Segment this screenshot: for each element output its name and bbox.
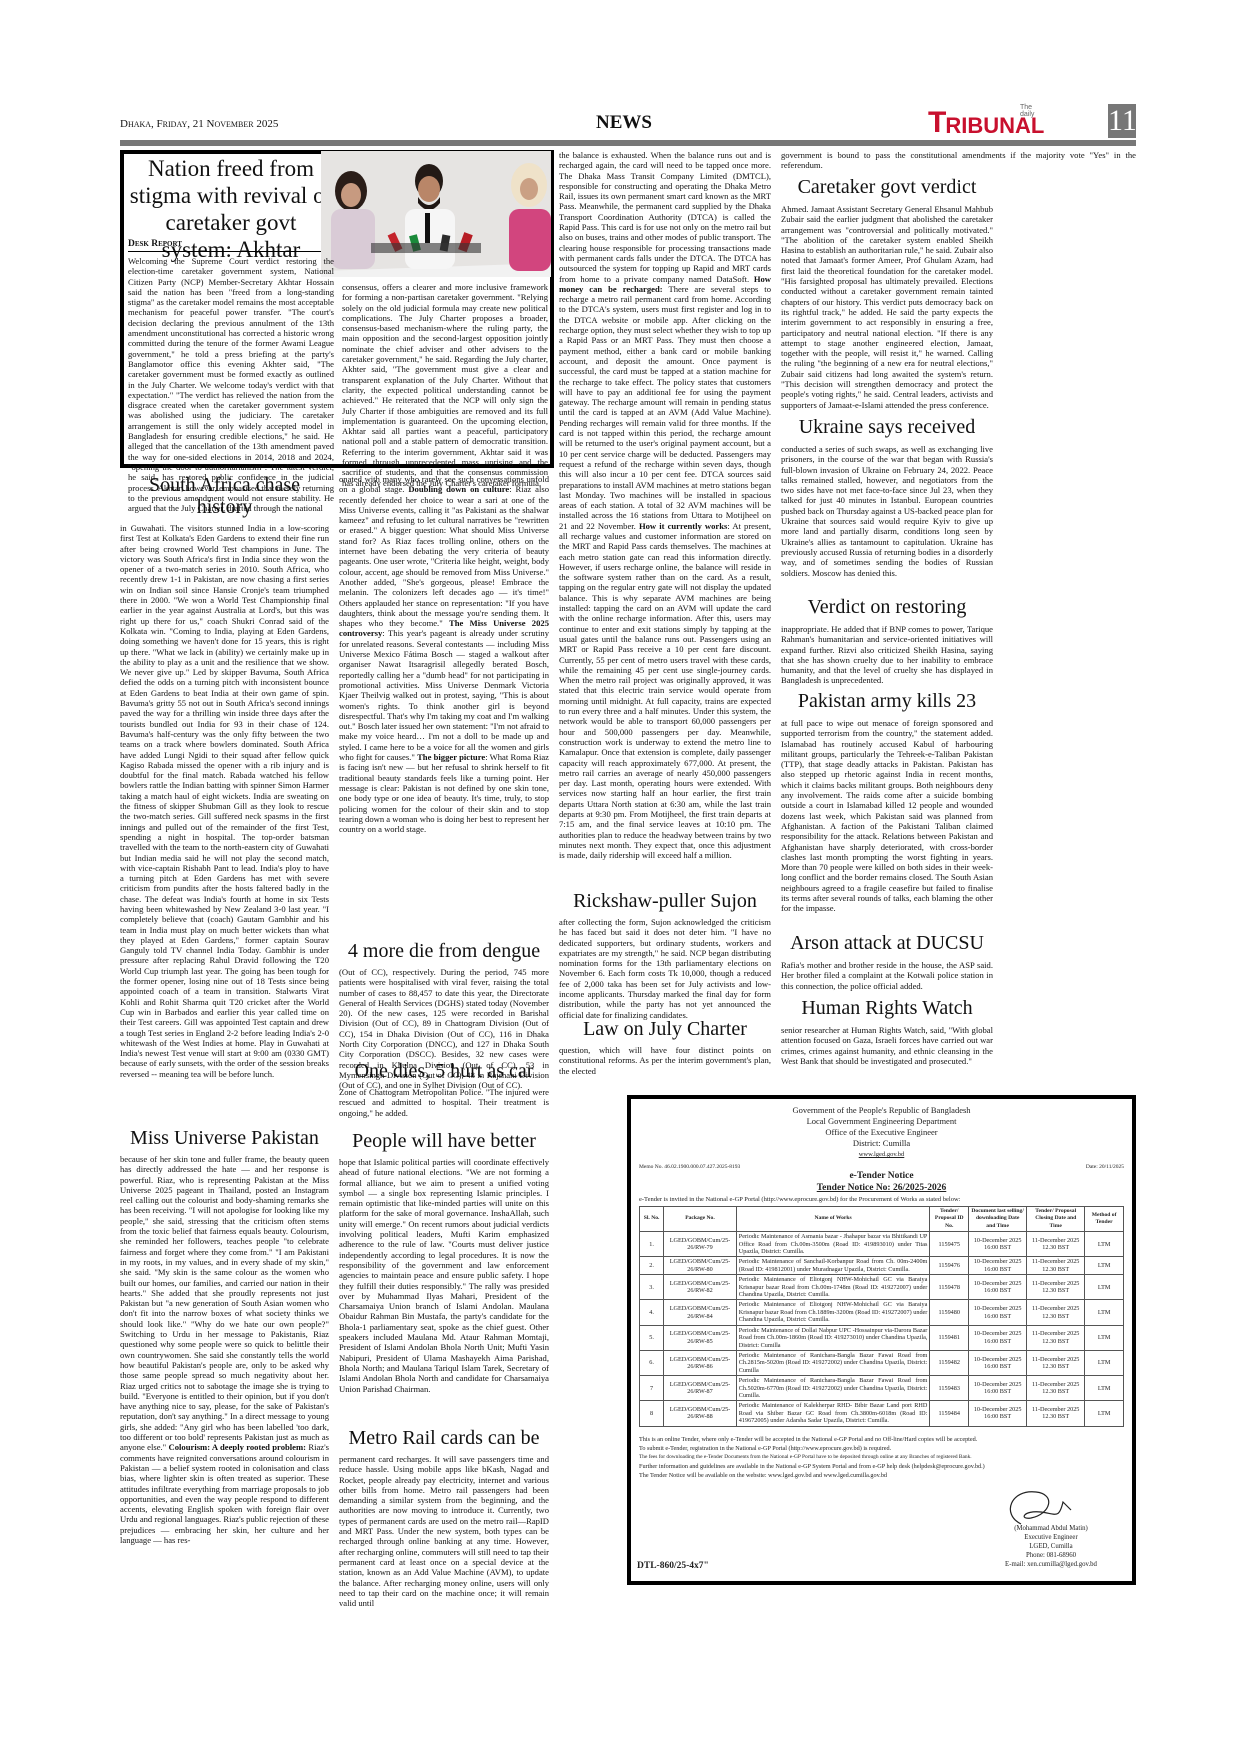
cell: Periodic Maintenance of Ranichara-Bangla… <box>736 1376 930 1401</box>
body-part: : At present, all recharge values and cu… <box>559 521 771 861</box>
office-name: Office of the Executive Engineer <box>639 1127 1124 1138</box>
story-ukraine: Ukraine says received conducted a series… <box>781 416 993 578</box>
cell: 11-December 2025 12.30 BST <box>1027 1401 1085 1426</box>
tender-notice-no: Tender Notice No: 26/2025-2026 <box>639 1182 1124 1194</box>
cell: 11-December 2025 12.30 BST <box>1027 1232 1085 1257</box>
table-row: 6.LGED/GOBM/Cum/25-26/RW-86Periodic Main… <box>640 1350 1124 1375</box>
cell: 1159483 <box>930 1376 969 1401</box>
headline: Rickshaw-puller Sujon <box>559 890 771 912</box>
memo-number: Memo No. 46.02.1900.000.07.427.2025-8193 <box>639 1164 740 1170</box>
logo-initial: T <box>928 108 945 138</box>
cell: 1159478 <box>930 1275 969 1300</box>
headline: One dies, 5 hurt as car <box>339 1060 549 1082</box>
cell: 11-December 2025 12.30 BST <box>1027 1275 1085 1300</box>
notice-date: Date: 20/11/2025 <box>1086 1164 1124 1170</box>
cell: 1159480 <box>930 1300 969 1325</box>
headline: Pakistan army kills 23 <box>781 690 993 712</box>
story-body: conducted a series of such swaps, as wel… <box>781 444 993 578</box>
col3-metro-rail: the balance is exhausted. When the balan… <box>559 150 771 860</box>
story-metro-cards: Metro Rail cards can be permanent card r… <box>339 1427 549 1608</box>
page-number: 11 <box>1108 104 1136 138</box>
cell: 1. <box>640 1232 664 1257</box>
signatory-org: LGED, Cumilla <box>971 1542 1131 1551</box>
dept-name: Local Government Engineering Department <box>639 1116 1124 1127</box>
tender-note: Further information and guidelines are a… <box>639 1462 1124 1471</box>
story-body: at full pace to wipe out menace of forei… <box>781 718 993 914</box>
cell: Periodic Maintenance of Ranichara-Bangla… <box>736 1350 930 1375</box>
story-miss-universe: Miss Universe Pakistan because of her sk… <box>120 1127 329 1545</box>
byline: Desk Report <box>128 239 334 252</box>
table-row: 3.LGED/GOBM/Cum/25-26/RW-82Periodic Main… <box>640 1275 1124 1300</box>
district: District: Cumilla <box>639 1138 1124 1149</box>
column-header: Tender/ Proposal ID No. <box>930 1207 969 1232</box>
story-pakistan-army: Pakistan army kills 23 at full pace to w… <box>781 690 993 914</box>
logo-tagline: The daily <box>1020 104 1044 118</box>
headline: People will have better <box>339 1130 549 1152</box>
intro-text: government is bound to pass the constitu… <box>781 150 1136 171</box>
lead-story-col2: consensus, offers a clearer and more inc… <box>342 282 548 488</box>
body-part: There are several steps to recharge a me… <box>559 284 771 531</box>
story-body: inappropriate. He added that if BNP come… <box>781 624 993 686</box>
subhead: The bigger picture <box>417 752 485 762</box>
table-row: 5.LGED/GOBM/Cum/25-26/RW-85Periodic Main… <box>640 1325 1124 1350</box>
cell: LTM <box>1085 1401 1124 1426</box>
headline: Ukraine says received <box>781 416 993 438</box>
cell: LGED/GOBM/Cum/25-26/RW-82 <box>664 1275 737 1300</box>
body-part: the balance is exhausted. When the balan… <box>559 150 771 284</box>
cell: 1159482 <box>930 1350 969 1375</box>
subhead: Doubling down on culture <box>408 484 509 494</box>
cell: 7 <box>640 1376 664 1401</box>
headline: Miss Universe Pakistan <box>120 1127 329 1149</box>
gov-name: Government of the People's Republic of B… <box>639 1105 1124 1116</box>
headline: Arson attack at DUCSU <box>781 932 993 954</box>
cell: 10-December 2025 16:00 BST <box>969 1300 1027 1325</box>
table-row: 7LGED/GOBM/Cum/25-26/RW-87Periodic Maint… <box>640 1376 1124 1401</box>
table-row: 4.LGED/GOBM/Cum/25-26/RW-84Periodic Main… <box>640 1300 1124 1325</box>
tender-invite: e-Tender is invited in the National e-GP… <box>639 1196 1124 1203</box>
cell: LGED/GOBM/Cum/25-26/RW-80 <box>664 1257 737 1275</box>
column-header: Document last selling/ downloading Date … <box>969 1207 1027 1232</box>
cell: 2. <box>640 1257 664 1275</box>
table-row: 8LGED/GOBM/Cum/25-26/RW-88Periodic Maint… <box>640 1401 1124 1426</box>
cell: LGED/GOBM/Cum/25-26/RW-79 <box>664 1232 737 1257</box>
story-continued: onated with many who rarely see such con… <box>339 474 549 834</box>
cell: LTM <box>1085 1232 1124 1257</box>
body-part: Riaz's comments have reignited conversat… <box>120 1442 329 1545</box>
story-people-better: People will have better hope that Islami… <box>339 1130 549 1394</box>
body-part: : Riaz also recently defended her choice… <box>339 484 549 628</box>
story-body: Zone of Chattogram Metropolitan Police. … <box>339 1087 549 1118</box>
cell: 8 <box>640 1401 664 1426</box>
tender-notice-ad: Government of the People's Republic of B… <box>627 1095 1136 1585</box>
headline: 4 more die from dengue <box>339 940 549 962</box>
cell: 1159484 <box>930 1401 969 1426</box>
headline: Caretaker govt verdict <box>781 176 993 198</box>
cell: LTM <box>1085 1275 1124 1300</box>
cell: Periodic Maintenance of Kalekherpar RHD-… <box>736 1401 930 1426</box>
dateline: Dhaka, Friday, 21 November 2025 <box>120 118 278 130</box>
cell: 11-December 2025 12.30 BST <box>1027 1350 1085 1375</box>
column-header: Tender/ Proposal Closing Date and Time <box>1027 1207 1085 1232</box>
headline: Metro Rail cards can be <box>339 1427 549 1449</box>
tender-note: To submit e-Tender, registration in the … <box>639 1444 1124 1453</box>
signatory-title: Executive Engineer <box>971 1533 1131 1542</box>
cell: 11-December 2025 12.30 BST <box>1027 1376 1085 1401</box>
press-briefing-photo <box>321 151 551 277</box>
cell: 1159481 <box>930 1325 969 1350</box>
story-body: Ahmed. Jamaat Assistant Secretary Genera… <box>781 204 993 410</box>
section-title: NEWS <box>596 112 652 134</box>
story-body: after collecting the form, Sujon acknowl… <box>559 917 771 1020</box>
body-part: : This year's pageant is already under s… <box>339 628 549 762</box>
tender-note: The Tender Notice will be available on t… <box>639 1471 1124 1480</box>
cell: 5. <box>640 1325 664 1350</box>
story-body: Rafia's mother and brother reside in the… <box>781 960 993 991</box>
headline: Verdict on restoring <box>781 596 993 618</box>
story-car-accident: One dies, 5 hurt as car Zone of Chattogr… <box>339 1060 549 1118</box>
tender-title: e-Tender Notice <box>639 1170 1124 1182</box>
cell: Periodic Maintenance of Eliotgonj NHW-Mo… <box>736 1300 930 1325</box>
story-caretaker-verdict: Caretaker govt verdict Ahmed. Jamaat Ass… <box>781 170 993 410</box>
body-part: because of her skin tone and fuller fram… <box>120 1154 329 1452</box>
cell: 11-December 2025 12.30 BST <box>1027 1325 1085 1350</box>
cell: LTM <box>1085 1257 1124 1275</box>
cell: 1159476 <box>930 1257 969 1275</box>
cell: LGED/GOBM/Cum/25-26/RW-85 <box>664 1325 737 1350</box>
cell: 11-December 2025 12.30 BST <box>1027 1300 1085 1325</box>
signatory-phone: Phone: 081-68960 <box>971 1551 1131 1560</box>
story-south-africa: South Africa chase history in Guwahati. … <box>120 474 329 1079</box>
story-body: because of her skin tone and fuller fram… <box>120 1154 329 1545</box>
cell: LGED/GOBM/Cum/25-26/RW-84 <box>664 1300 737 1325</box>
story-body: hope that Islamic political parties will… <box>339 1157 549 1394</box>
story-arson-ducsu: Arson attack at DUCSU Rafia's mother and… <box>781 932 993 991</box>
column-header: Sl. No. <box>640 1207 664 1232</box>
headline: Law on July Charter <box>559 1018 771 1040</box>
body-part: : What Roma Riaz is facing isn't new — b… <box>339 752 549 834</box>
subhead: Colourism: A deeply rooted problem: <box>169 1442 306 1452</box>
website-link[interactable]: www.lged.gov.bd <box>859 1151 905 1158</box>
headline: South Africa chase history <box>120 474 329 518</box>
cell: 3. <box>640 1275 664 1300</box>
column-header: Package No. <box>664 1207 737 1232</box>
cell: 10-December 2025 16:00 BST <box>969 1325 1027 1350</box>
tender-note: The fees for downloading the e-Tender Do… <box>639 1453 1124 1462</box>
cell: LGED/GOBM/Cum/25-26/RW-86 <box>664 1350 737 1375</box>
cell: Periodic Maintenance of Asmania bazar - … <box>736 1232 930 1257</box>
column-header: Name of Works <box>736 1207 930 1232</box>
tender-table: Sl. No. Package No. Name of Works Tender… <box>639 1206 1124 1427</box>
col2: onated with many who rarely see such con… <box>339 474 549 834</box>
subhead: How it currently works <box>639 521 727 531</box>
col4: government is bound to pass the constitu… <box>781 150 1136 171</box>
story-body: permanent card recharges. It will save p… <box>339 1454 549 1608</box>
cell: LTM <box>1085 1350 1124 1375</box>
cell: Periodic Maintenance of Eliotgonj NHW-Mo… <box>736 1275 930 1300</box>
story-body: in Guwahati. The visitors stunned India … <box>120 523 329 1079</box>
cell: 10-December 2025 16:00 BST <box>969 1232 1027 1257</box>
photo-illustration-icon <box>321 151 551 277</box>
cell: 10-December 2025 16:00 BST <box>969 1350 1027 1375</box>
story-sujon: Rickshaw-puller Sujon after collecting t… <box>559 890 771 1020</box>
ad-code: DTL-860/25-4x7" <box>637 1561 709 1571</box>
story-body: senior researcher at Human Rights Watch,… <box>781 1025 993 1066</box>
story-july-charter: Law on July Charter question, which will… <box>559 1018 771 1076</box>
cell: 10-December 2025 16:00 BST <box>969 1401 1027 1426</box>
story-body: the balance is exhausted. When the balan… <box>559 150 771 860</box>
header-rule <box>120 140 1136 146</box>
story-human-rights-watch: Human Rights Watch senior researcher at … <box>781 997 993 1066</box>
table-header-row: Sl. No. Package No. Name of Works Tender… <box>640 1207 1124 1232</box>
tender-note: This is an online Tender, where only e-T… <box>639 1435 1124 1444</box>
signatory-email: E-mail: xen.cumilla@lged.gov.bd <box>971 1560 1131 1569</box>
cell: LTM <box>1085 1300 1124 1325</box>
cell: 11-December 2025 12.30 BST <box>1027 1257 1085 1275</box>
cell: 6. <box>640 1350 664 1375</box>
cell: 10-December 2025 16:00 BST <box>969 1376 1027 1401</box>
cell: LGED/GOBM/Cum/25-26/RW-88 <box>664 1401 737 1426</box>
masthead-logo: The daily T RIBUNAL <box>928 104 1044 138</box>
headline: Human Rights Watch <box>781 997 993 1019</box>
story-body: question, which will have four distinct … <box>559 1045 771 1076</box>
cell: 1159475 <box>930 1232 969 1257</box>
column-header: Method of Tender <box>1085 1207 1124 1232</box>
table-row: 1.LGED/GOBM/Cum/25-26/RW-79Periodic Main… <box>640 1232 1124 1257</box>
cell: LTM <box>1085 1376 1124 1401</box>
cell: 4. <box>640 1300 664 1325</box>
table-row: 2.LGED/GOBM/Cum/25-26/RW-80Periodic Main… <box>640 1257 1124 1275</box>
cell: 10-December 2025 16:00 BST <box>969 1257 1027 1275</box>
story-verdict-restoring: Verdict on restoring inappropriate. He a… <box>781 596 993 686</box>
cell: Periodic Maintenance of Sanchail-Korbanp… <box>736 1257 930 1275</box>
cell: Periodic Maintenance of Dollai Nabpur UP… <box>736 1325 930 1350</box>
cell: LGED/GOBM/Cum/25-26/RW-87 <box>664 1376 737 1401</box>
cell: 10-December 2025 16:00 BST <box>969 1275 1027 1300</box>
cell: LTM <box>1085 1325 1124 1350</box>
signatory-name: (Mohammad Abdul Matin) <box>971 1524 1131 1533</box>
